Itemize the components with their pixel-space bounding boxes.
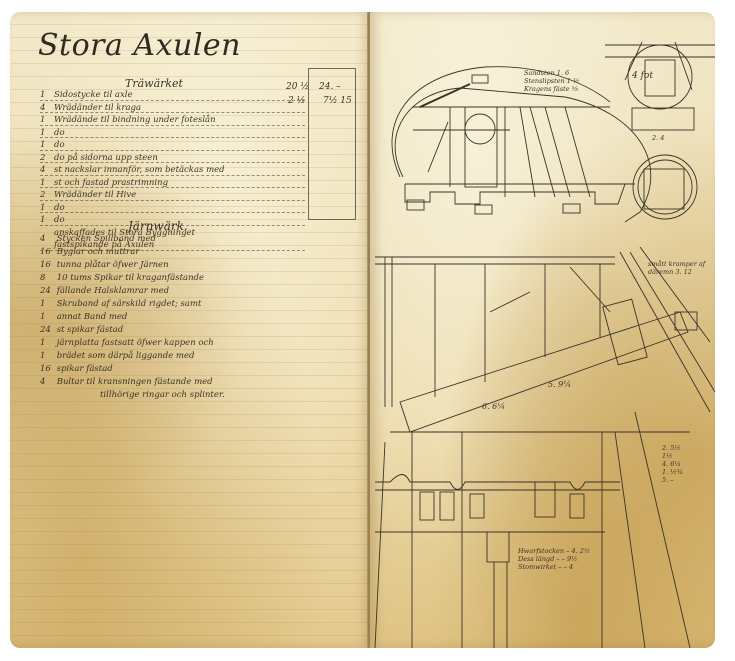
bearing-dimension: 2. 4 xyxy=(652,134,664,142)
list-item: 2do på sidorna upp steen xyxy=(40,153,305,166)
amount-col1-row2: 2 ½ xyxy=(288,96,305,106)
right-sum: 2. 5½ 1½ 4. 6¼ 1. ½¾ 5. – xyxy=(662,444,683,484)
list-item: 1 järnplatta fastsatt öfwer kappen och xyxy=(40,338,360,351)
list-item: 8 10 tums Spikar til kraganfästande xyxy=(40,273,360,286)
list-item: 4st nackslar innanför, som betäckas med xyxy=(40,165,305,178)
list-item: 2Wrädänder til Hive xyxy=(40,190,305,203)
axle-label-2: 5. 9¼ xyxy=(548,381,571,389)
list-item: 1Sidostycke til axle xyxy=(40,90,305,103)
left-page: Stora Axulen Träwärket 1Sidostycke til a… xyxy=(10,12,370,648)
section-heading-jarnwark: Järnwärk. xyxy=(128,219,188,233)
jarnwark-list: 4 Stycken Spillband med 16 Byglar och mu… xyxy=(40,234,360,403)
list-item: 4 Bultar til kransningen fästande med xyxy=(40,377,360,390)
side-note: smått kramper af däremn 3. 12 xyxy=(648,260,705,276)
amount-col2-row1: 24. – xyxy=(319,82,341,92)
bearing-detail xyxy=(605,42,715,130)
page-title: Stora Axulen xyxy=(38,28,241,63)
axle-label-1: 6. 6¼ xyxy=(482,403,505,411)
list-item: 1do xyxy=(40,203,305,216)
list-item: tillhörige ringar och splinter. xyxy=(40,390,360,403)
list-item: 16 Byglar och muttrar xyxy=(40,247,360,260)
list-item: 1do xyxy=(40,128,305,141)
legend-bottom: Hwarfstocken – 4. 2½ Dess längd – – 9½ S… xyxy=(518,547,590,571)
list-item: 4Wrädänder til kraga xyxy=(40,103,305,116)
bearing-label: 4 fot xyxy=(632,72,653,80)
open-notebook: Stora Axulen Träwärket 1Sidostycke til a… xyxy=(10,12,715,648)
list-item: 1st och fastad prastrimning xyxy=(40,178,305,191)
legend-top: Sandsten 1. 6 Stenslipsten 1 ½ Kragens f… xyxy=(524,69,579,93)
crank-shaft-assembly xyxy=(375,412,690,648)
list-item: 16 tunna plåtar öfwer Järnen xyxy=(40,260,360,273)
list-item: 16 spikar fästad xyxy=(40,364,360,377)
section-heading-trawarket: Träwärket xyxy=(125,77,183,90)
amount-col1-row1: 20 ½ xyxy=(286,82,309,92)
axle-housing-section xyxy=(392,67,651,222)
list-item: 1Wrädände til bindning under foteslån xyxy=(40,115,305,128)
list-item: 1do xyxy=(40,140,305,153)
circular-end-view xyxy=(633,155,697,219)
list-item: 1 brädet som därpå liggande med xyxy=(40,351,360,364)
list-item: 24 fällande Halsklamrar med xyxy=(40,286,360,299)
list-item: 1 annat Band med xyxy=(40,312,360,325)
amount-col2-row2: 7½ 15 xyxy=(323,96,352,106)
list-item: 1 Skruband af särskild rigdet; samt xyxy=(40,299,360,312)
list-item: 4 Stycken Spillband med xyxy=(40,234,360,247)
right-page: Sandsten 1. 6 Stenslipsten 1 ½ Kragens f… xyxy=(370,12,715,648)
list-item: 24 st spikar fästad xyxy=(40,325,360,338)
